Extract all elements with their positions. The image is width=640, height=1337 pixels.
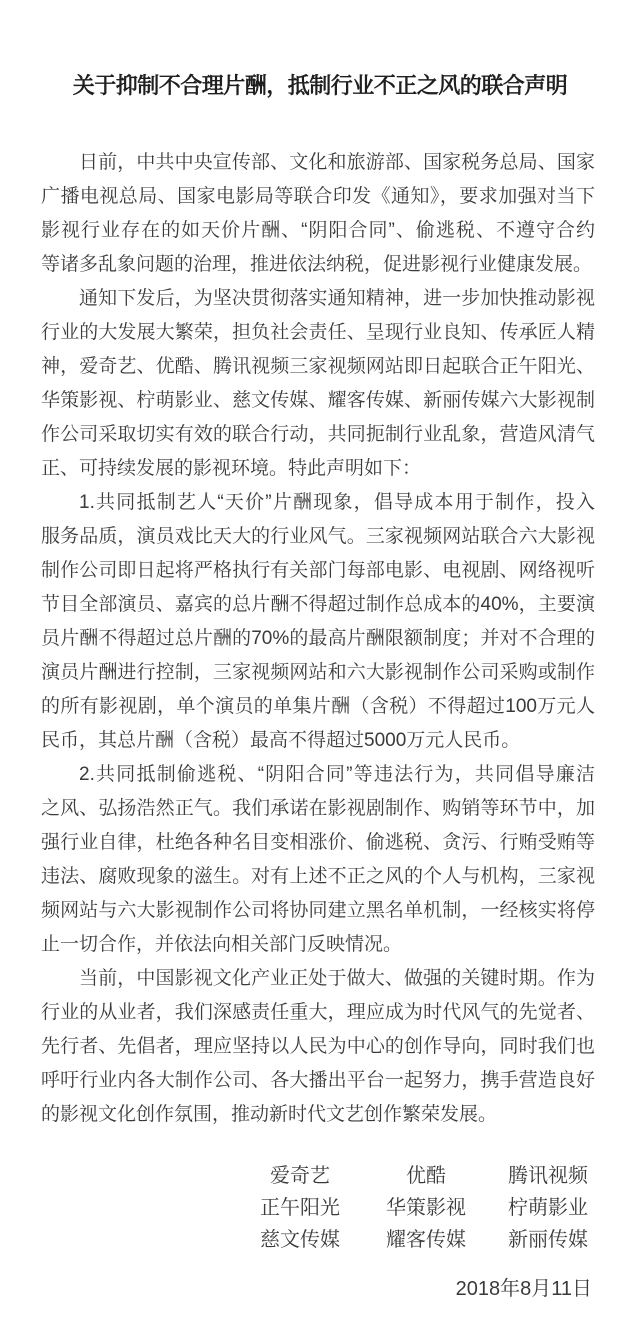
signature-row: 正午阳光华策影视柠萌影业 bbox=[0, 1192, 640, 1224]
paragraph-line: 当前，中国影视文化产业正处于做大、做强的关键时期。作为 bbox=[41, 962, 595, 996]
paragraph-line: 广播电视总局、国家电影局等联合印发《通知》，要求加强对当下 bbox=[41, 180, 595, 214]
paragraph-line: 之风、弘扬浩然正气。我们承诺在影视剧制作、购销等环节中，加 bbox=[41, 792, 595, 826]
signature-row: 爱奇艺优酷腾讯视频 bbox=[0, 1160, 640, 1192]
paragraph-line: 通知下发后，为坚决贯彻落实通知精神，进一步加快推动影视 bbox=[41, 282, 595, 316]
paragraph-line: 节目全部演员、嘉宾的总片酬不得超过制作总成本的40%，主要演 bbox=[41, 588, 595, 622]
paragraph-line: 行业的从业者，我们深感责任重大，理应成为时代风气的先觉者、 bbox=[41, 996, 595, 1030]
paragraph-line: 1.共同抵制艺人“天价”片酬现象，倡导成本用于制作，投入 bbox=[41, 486, 595, 520]
paragraph-line: 行业的大发展大繁荣，担负社会责任、呈现行业良知、传承匠人精 bbox=[41, 316, 595, 350]
signatory-name: 华策影视 bbox=[366, 1192, 486, 1224]
signature-block: 爱奇艺优酷腾讯视频正午阳光华策影视柠萌影业慈文传媒耀客传媒新丽传媒 bbox=[0, 1160, 640, 1256]
paragraph-line: 呼吁行业内各大制作公司、各大播出平台一起努力，携手营造良好 bbox=[41, 1064, 595, 1098]
paragraph-line: 的所有影视剧，单个演员的单集片酬（含税）不得超过100万元人 bbox=[41, 690, 595, 724]
signature-row: 慈文传媒耀客传媒新丽传媒 bbox=[0, 1224, 640, 1256]
paragraph-line: 止一切合作，并依法向相关部门反映情况。 bbox=[41, 928, 595, 962]
signatory-name: 正午阳光 bbox=[240, 1192, 360, 1224]
joint-statement-document: 关于抑制不合理片酬，抵制行业不正之风的联合声明 日前，中共中央宣传部、文化和旅游… bbox=[0, 0, 640, 1337]
document-body: 日前，中共中央宣传部、文化和旅游部、国家税务总局、国家广播电视总局、国家电影局等… bbox=[41, 146, 595, 1132]
paragraph-line: 服务品质，演员戏比天大的行业风气。三家视频网站联合六大影视 bbox=[41, 520, 595, 554]
paragraph-line: 民币，其总片酬（含税）最高不得超过5000万元人民币。 bbox=[41, 724, 595, 758]
paragraph-line: 华策影视、柠萌影业、慈文传媒、耀客传媒、新丽传媒六大影视制 bbox=[41, 384, 595, 418]
paragraph-line: 正、可持续发展的影视环境。特此声明如下： bbox=[41, 452, 595, 486]
signatory-name: 爱奇艺 bbox=[240, 1160, 360, 1192]
paragraph-line: 日前，中共中央宣传部、文化和旅游部、国家税务总局、国家 bbox=[41, 146, 595, 180]
signatory-name: 耀客传媒 bbox=[366, 1224, 486, 1256]
signatory-name: 新丽传媒 bbox=[488, 1224, 608, 1256]
paragraph-line: 员片酬不得超过总片酬的70%的最高片酬限额制度；并对不合理的 bbox=[41, 622, 595, 656]
signatory-name: 腾讯视频 bbox=[488, 1160, 608, 1192]
document-title: 关于抑制不合理片酬，抵制行业不正之风的联合声明 bbox=[0, 0, 640, 99]
paragraph-line: 的影视文化创作氛围，推动新时代文艺创作繁荣发展。 bbox=[41, 1098, 595, 1132]
signatory-name: 柠萌影业 bbox=[488, 1192, 608, 1224]
paragraph-line: 神，爱奇艺、优酷、腾讯视频三家视频网站即日起联合正午阳光、 bbox=[41, 350, 595, 384]
paragraph-line: 频网站与六大影视制作公司将协同建立黑名单机制，一经核实将停 bbox=[41, 894, 595, 928]
paragraph-line: 作公司采取切实有效的联合行动，共同扼制行业乱象，营造风清气 bbox=[41, 418, 595, 452]
paragraph-line: 违法、腐败现象的滋生。对有上述不正之风的个人与机构，三家视 bbox=[41, 860, 595, 894]
paragraph-line: 强行业自律，杜绝各种名目变相涨价、偷逃税、贪污、行贿受贿等 bbox=[41, 826, 595, 860]
signatory-name: 慈文传媒 bbox=[240, 1224, 360, 1256]
paragraph-line: 2.共同抵制偷逃税、“阴阳合同”等违法行为，共同倡导廉洁 bbox=[41, 758, 595, 792]
signatory-name: 优酷 bbox=[366, 1160, 486, 1192]
statement-date: 2018年8月11日 bbox=[0, 1273, 640, 1305]
paragraph-line: 制作公司即日起将严格执行有关部门每部电影、电视剧、网络视听 bbox=[41, 554, 595, 588]
paragraph-line: 演员片酬进行控制，三家视频网站和六大影视制作公司采购或制作 bbox=[41, 656, 595, 690]
paragraph-line: 影视行业存在的如天价片酬、“阴阳合同”、偷逃税、不遵守合约 bbox=[41, 214, 595, 248]
paragraph-line: 先行者、先倡者，理应坚持以人民为中心的创作导向，同时我们也 bbox=[41, 1030, 595, 1064]
paragraph-line: 等诸多乱象问题的治理，推进依法纳税，促进影视行业健康发展。 bbox=[41, 248, 595, 282]
